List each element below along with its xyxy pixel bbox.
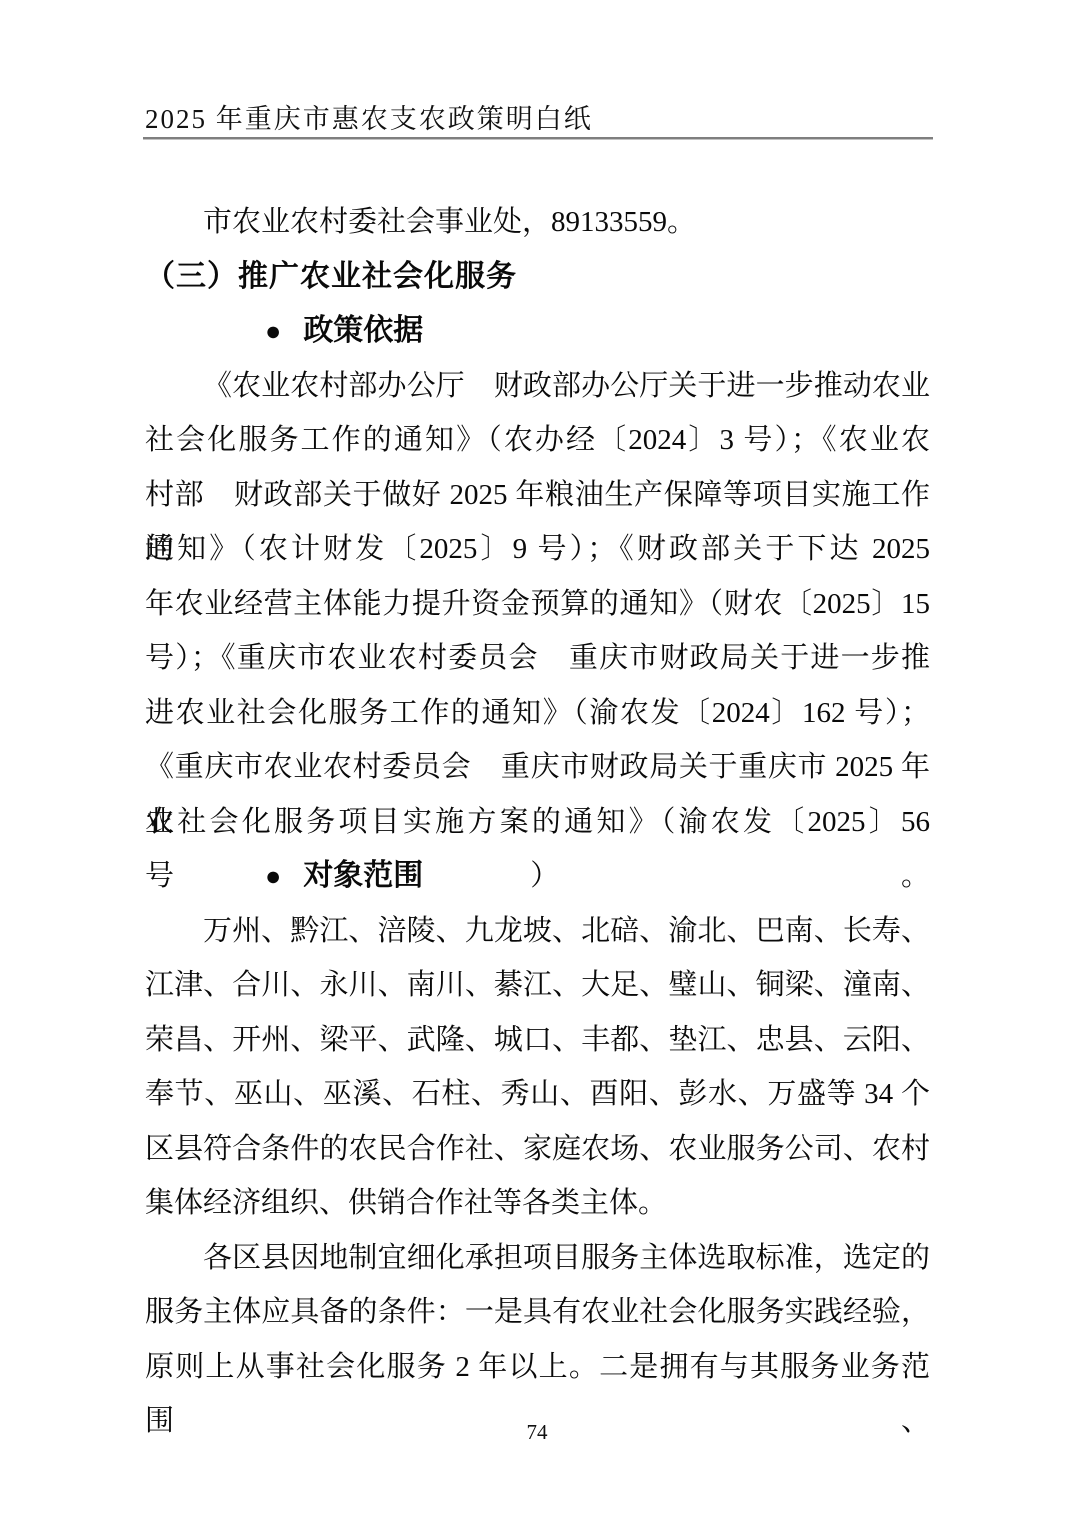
text-line: 奉节、巫山、巫溪、石柱、秀山、酉阳、彭水、万盛等 34 个: [145, 1067, 930, 1122]
text-line: 区县符合条件的农民合作社、家庭农场、农业服务公司、农村: [145, 1122, 930, 1177]
text-line: 万州、黔江、涪陵、九龙坡、北碚、渝北、巴南、长寿、: [145, 904, 930, 959]
bullet-label-scope: 对象范围: [303, 859, 423, 892]
page-header-title: 2025 年重庆市惠农支农政策明白纸: [145, 97, 593, 136]
bullet-icon: ●: [205, 304, 281, 359]
text-line: 村部 财政部关于做好 2025 年粮油生产保障等项目实施工作的: [145, 468, 930, 523]
text-line: 江津、合川、永川、南川、綦江、大足、璧山、铜梁、潼南、: [145, 958, 930, 1013]
text-line: 通知》（农计财发〔2025〕9 号）；《财政部关于下达 2025: [145, 522, 930, 577]
document-body: 市农业农村委社会事业处，89133559。 （三）推广农业社会化服务 ●政策依据…: [145, 195, 930, 1394]
text-line: 社会化服务工作的通知》（农办经〔2024〕3 号）；《农业农: [145, 413, 930, 468]
section-heading: （三）推广农业社会化服务: [145, 250, 930, 305]
text-line: 原则上从事社会化服务 2 年以上。二是拥有与其服务业务范围、: [145, 1340, 930, 1395]
text-line: 《重庆市农业农村委员会 重庆市财政局关于重庆市 2025 年农: [145, 740, 930, 795]
text-line: 各区县因地制宜细化承担项目服务主体选取标准，选定的: [145, 1231, 930, 1286]
text-line: 进农业社会化服务工作的通知》（渝农发〔2024〕162 号）；: [145, 686, 930, 741]
text-line: 荣昌、开州、梁平、武隆、城口、丰都、垫江、忠县、云阳、: [145, 1013, 930, 1068]
header-divider: [143, 137, 933, 140]
text-line: 《农业农村部办公厅 财政部办公厅关于进一步推动农业: [145, 359, 930, 414]
bullet-icon: ●: [205, 849, 281, 904]
text-line: 集体经济组织、供销合作社等各类主体。: [145, 1176, 930, 1231]
text-line: 年农业经营主体能力提升资金预算的通知》（财农〔2025〕15: [145, 577, 930, 632]
text-line: 业社会化服务项目实施方案的通知》（渝农发〔2025〕56 号）。: [145, 795, 930, 850]
page-number: 74: [0, 1420, 1074, 1445]
text-line: 号）；《重庆市农业农村委员会 重庆市财政局关于进一步推: [145, 631, 930, 686]
document-page: 2025 年重庆市惠农支农政策明白纸 市农业农村委社会事业处，89133559。…: [0, 0, 1074, 1520]
text-line: 服务主体应具备的条件：一是具有农业社会化服务实践经验，: [145, 1285, 930, 1340]
bullet-label-policy-basis: 政策依据: [303, 314, 423, 347]
intro-line: 市农业农村委社会事业处，89133559。: [145, 195, 930, 250]
bullet-item-policy-basis: ●政策依据: [145, 304, 930, 359]
